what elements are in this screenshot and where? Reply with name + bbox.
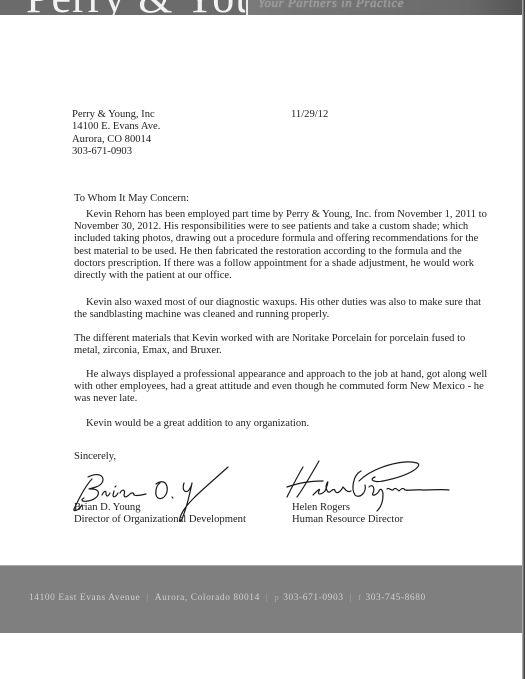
footer-separator: | (350, 593, 352, 603)
signer-name: Helen Rogers (292, 502, 403, 514)
paragraph-text: Kevin Rehorn has been employed part time… (74, 209, 487, 281)
footer-street: 14100 East Evans Avenue (29, 593, 140, 603)
sender-address-block: Perry & Young, Inc 14100 E. Evans Ave. A… (72, 109, 160, 158)
paragraph-text: Kevin would be a great addition to any o… (86, 418, 309, 429)
footer-phone-label: p (274, 592, 279, 602)
footer-separator: | (266, 593, 268, 603)
footer-fax: 303-745-8680 (365, 593, 425, 603)
sender-phone: 303-671-0903 (72, 146, 160, 158)
paragraph-text: Kevin also waxed most of our diagnostic … (74, 297, 481, 320)
paragraph-recommendation: Kevin would be a great addition to any o… (74, 418, 494, 430)
paragraph-employment: Kevin Rehorn has been employed part time… (74, 209, 494, 282)
company-logo: Perry & Young (26, 0, 245, 15)
closing: Sincerely, (74, 451, 116, 462)
signer-helen-rogers: Helen Rogers Human Resource Director (292, 502, 403, 527)
footer-phone: 303-671-0903 (283, 593, 343, 603)
paragraph-text: He always displayed a professional appea… (74, 369, 487, 404)
signer-title: Human Resource Director (292, 514, 403, 526)
signer-name: Brian D. Young (74, 502, 246, 514)
footer-contact-line: 14100 East Evans Avenue|Aurora, Colorado… (29, 592, 426, 603)
signer-title: Director of Organizational Development (74, 514, 246, 526)
letter-date: 11/29/12 (291, 109, 328, 120)
paragraph-character: He always displayed a professional appea… (74, 369, 494, 406)
letterhead-footer: 14100 East Evans Avenue|Aurora, Colorado… (0, 565, 522, 633)
signer-brian-young: Brian D. Young Director of Organizationa… (74, 502, 246, 527)
letterhead-logo-panel: Perry & Young (0, 0, 245, 15)
sender-city: Aurora, CO 80014 (72, 134, 160, 146)
paragraph-text: The different materials that Kevin worke… (74, 333, 465, 356)
letterhead-band: Perry & Young Your Partners in Practice (0, 0, 522, 15)
paragraph-materials: The different materials that Kevin worke… (74, 333, 494, 357)
footer-fax-label: f (358, 592, 361, 602)
paragraph-duties: Kevin also waxed most of our diagnostic … (74, 297, 494, 321)
footer-separator: | (146, 593, 148, 603)
footer-city: Aurora, Colorado 80014 (155, 593, 260, 603)
salutation: To Whom It May Concern: (74, 193, 189, 204)
sender-street: 14100 E. Evans Ave. (72, 121, 160, 133)
sender-company: Perry & Young, Inc (72, 109, 160, 121)
letterhead-tagline: Your Partners in Practice (258, 0, 404, 11)
